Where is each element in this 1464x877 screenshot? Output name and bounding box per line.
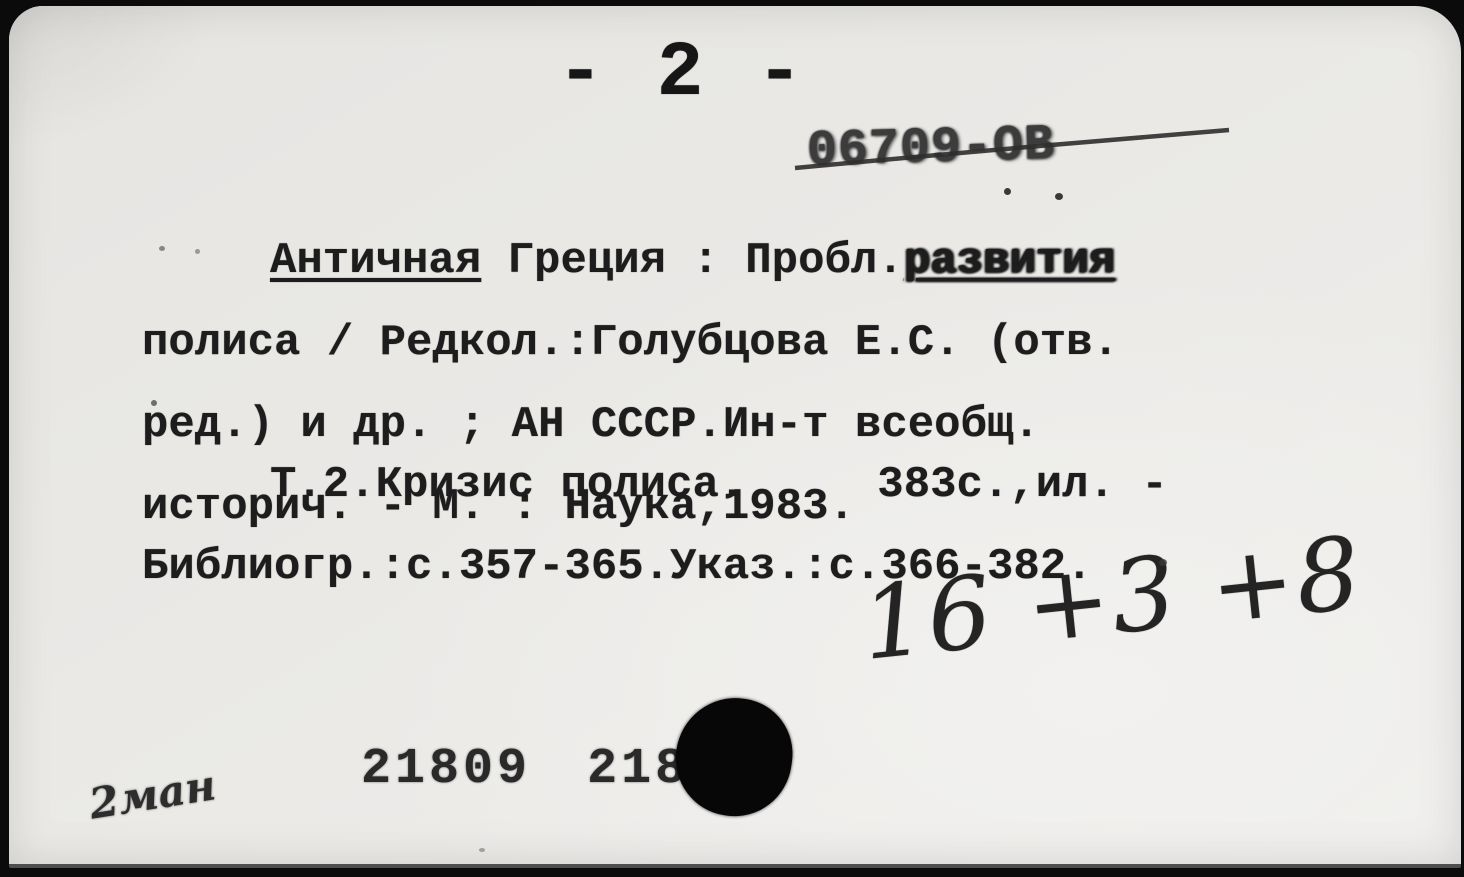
ink-speck bbox=[195, 249, 200, 254]
ink-speck bbox=[1055, 193, 1063, 200]
ink-speck bbox=[479, 848, 485, 852]
strikethrough-line-icon bbox=[787, 110, 1237, 190]
ink-speck bbox=[1159, 559, 1167, 566]
ink-speck bbox=[1004, 188, 1011, 195]
ink-speck bbox=[151, 400, 157, 406]
accession-numbers: 2180921810 bbox=[157, 684, 757, 855]
entry-line-1-text: Греция : Пробл. bbox=[481, 236, 903, 286]
entry-line-1-smudged-word: развития bbox=[904, 236, 1115, 286]
scanned-photo: - 2 - 06709-ОВ Античная Греция : Пробл.р… bbox=[0, 0, 1464, 877]
volume-line-1: Т.2.Кризис полиса. 383с.,ил. - bbox=[142, 462, 1168, 508]
title-word: Античная bbox=[270, 236, 481, 286]
accession-number-1: 21809 bbox=[361, 741, 531, 798]
ink-speck bbox=[159, 246, 165, 251]
entry-line-1: Античная Греция : Пробл.развития bbox=[142, 238, 1119, 284]
catalog-card: - 2 - 06709-ОВ Античная Греция : Пробл.р… bbox=[9, 6, 1461, 868]
page-number: - 2 - bbox=[557, 30, 806, 118]
entry-line-2: полиса / Редкол.:Голубцова Е.С. (отв. bbox=[142, 320, 1119, 366]
